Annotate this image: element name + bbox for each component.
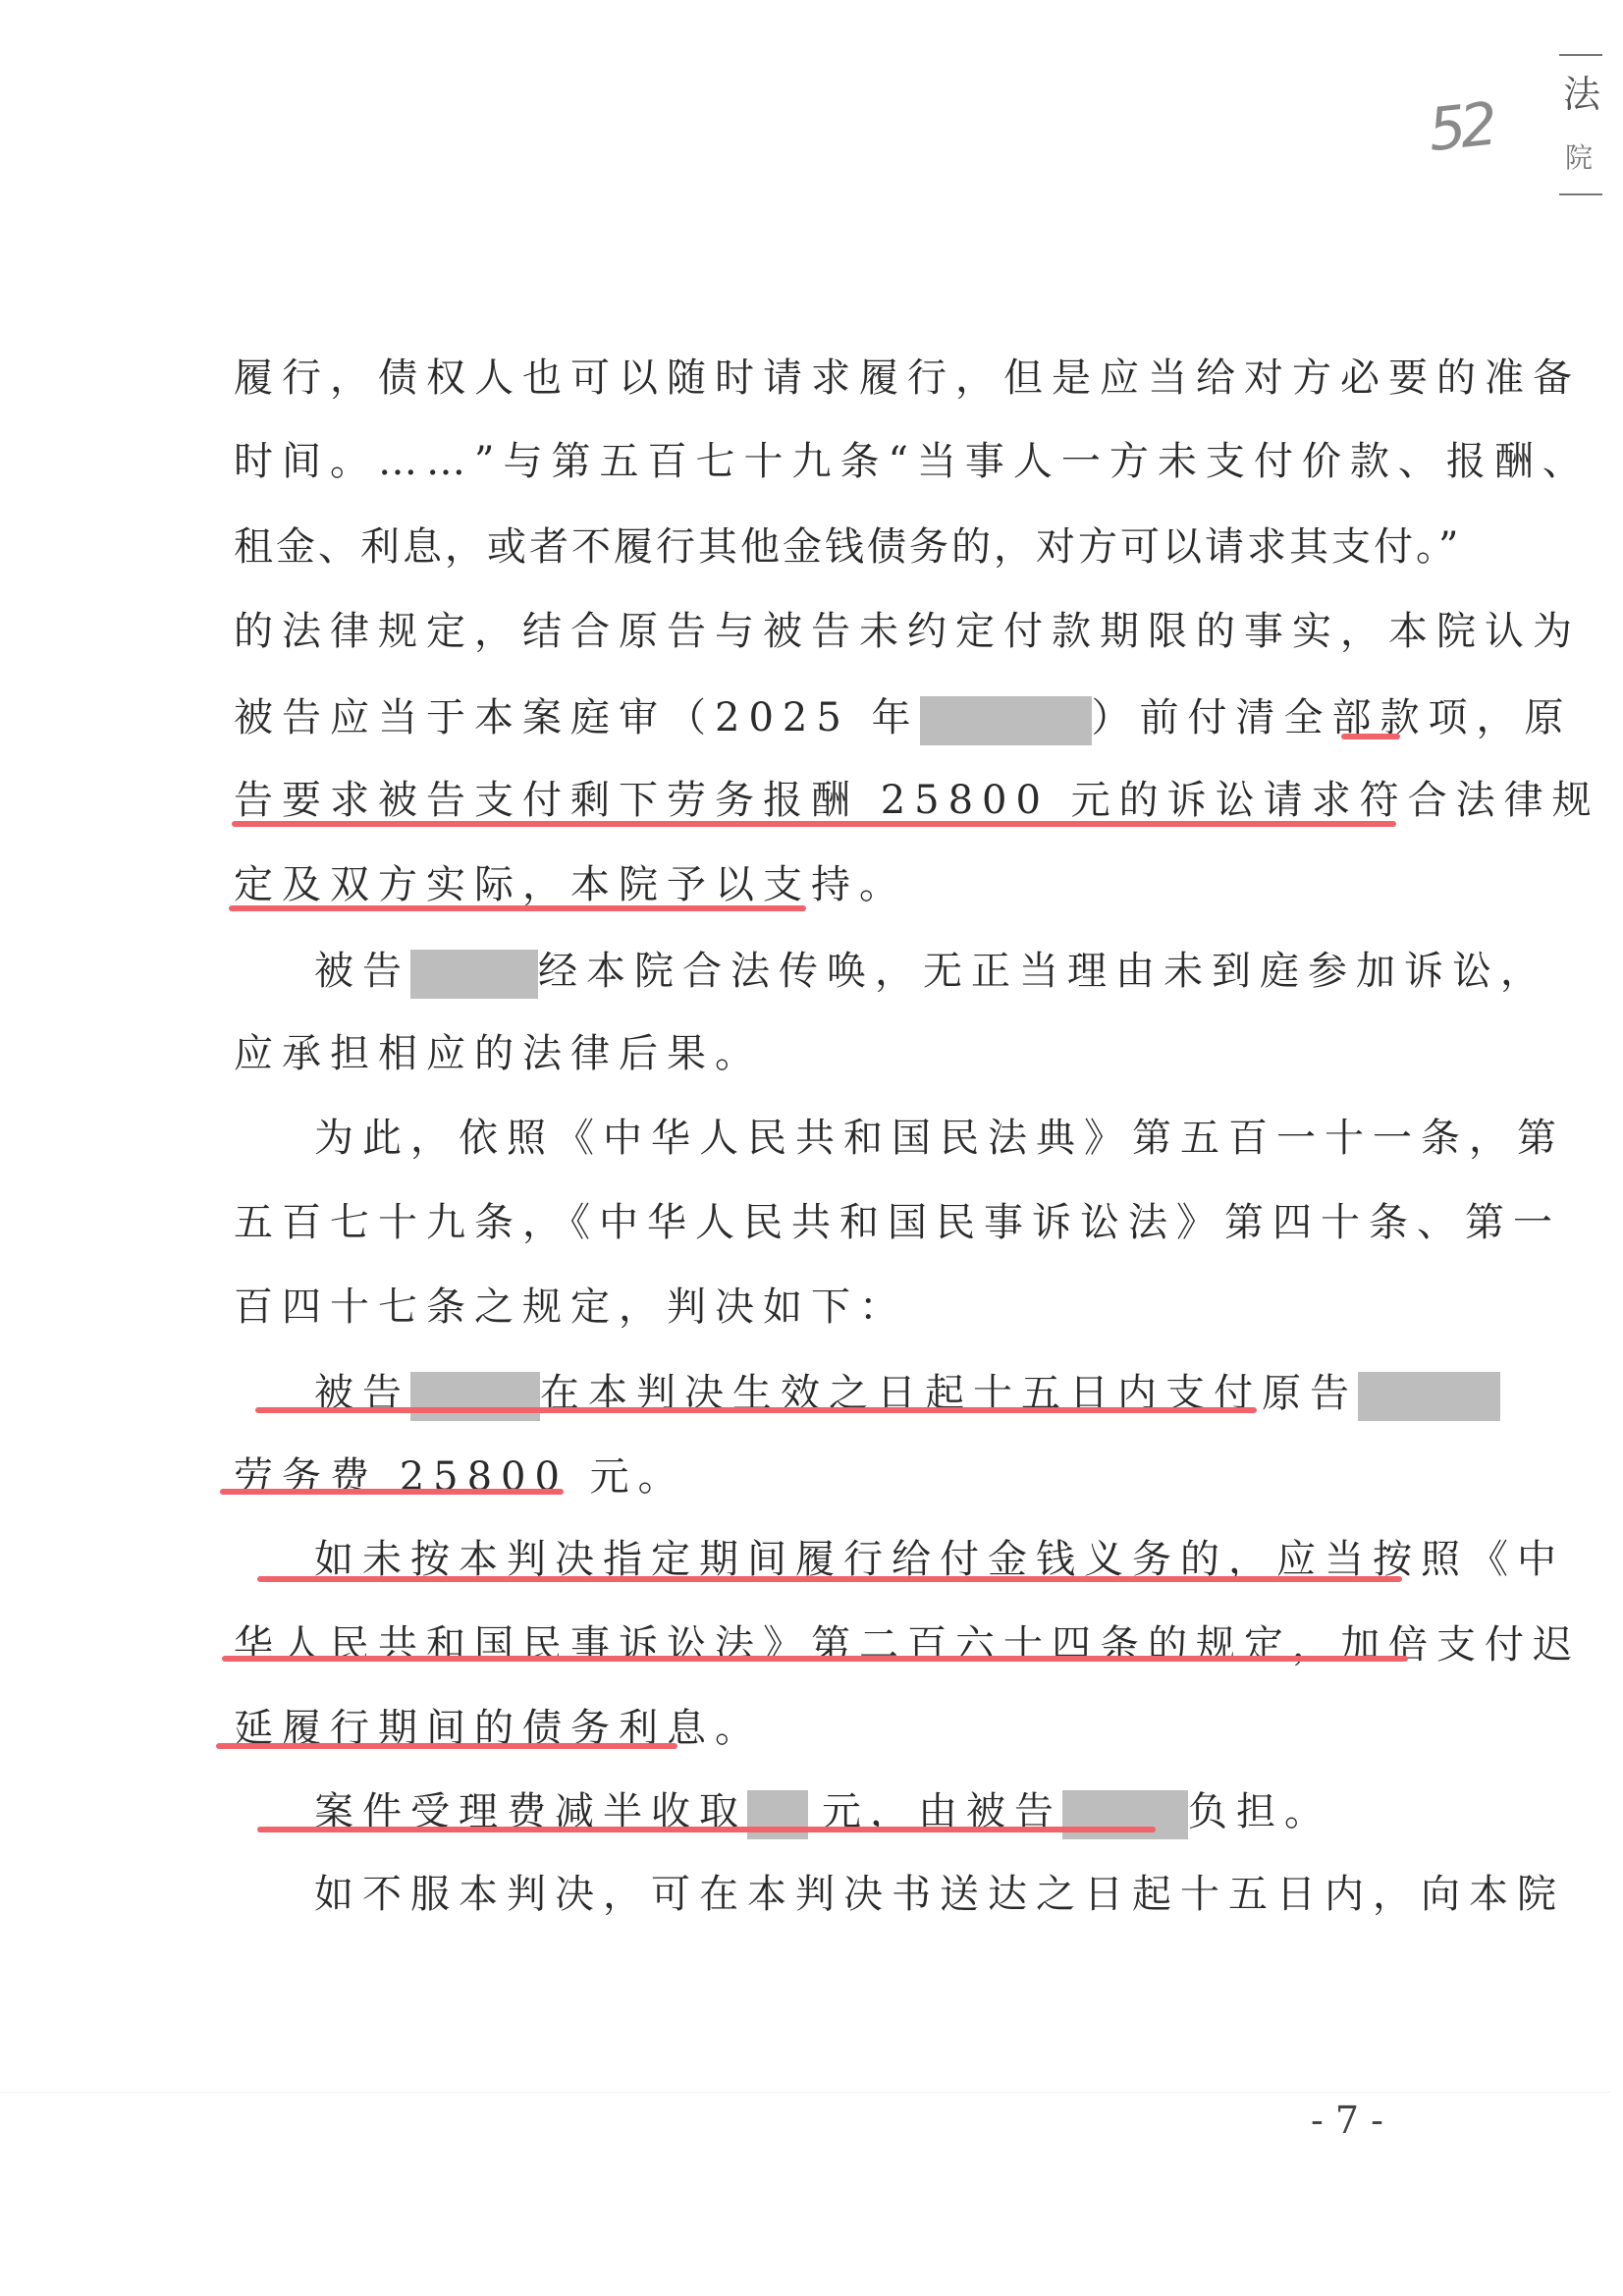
text-line: 定及双方实际，本院予以支持。	[234, 865, 907, 904]
redacted-plaintiff	[1358, 1372, 1500, 1421]
text-line: 如未按本判决指定期间履行给付金钱义务的，应当按照《中	[314, 1540, 1565, 1579]
page-number: - 7 -	[1311, 2099, 1383, 2142]
text-segment: 负担。	[1188, 1789, 1332, 1834]
text-line: 如不服本判决，可在本判决书送达之日起十五日内，向本院	[314, 1875, 1565, 1914]
text-line: 的法律规定，结合原告与被告未约定付款期限的事实，本院认为	[234, 612, 1581, 651]
text-segment: ）前付清全部款项，原	[1092, 695, 1573, 740]
highlight-underline	[255, 1407, 1257, 1413]
text-line: 租金、利息，或者不履行其他金钱债务的，对方可以请求其支付。”	[234, 527, 1461, 567]
text-line: 时间。……”与第五百七十九条“当事人一方未支付价款、报酬、	[234, 442, 1591, 481]
text-line: 告要求被告支付剩下劳务报酬 25800 元的诉讼请求符合法律规	[234, 781, 1600, 820]
text-line: 为此，依照《中华人民共和国民法典》第五百一十一条，第	[314, 1119, 1565, 1158]
text-line: 被告经本院合法传唤，无正当理由未到庭参加诉讼，	[314, 950, 1548, 999]
document-page: 法 院 52 履行，债权人也可以随时请求履行，但是应当给对方必要的准备 时间。……	[0, 0, 1623, 2296]
seal-char-bottom: 院	[1565, 137, 1593, 176]
footer-divider	[0, 2092, 1610, 2093]
redacted-defendant	[410, 1372, 540, 1421]
highlight-underline	[220, 1489, 564, 1495]
handwritten-mark: 52	[1426, 90, 1495, 165]
seal-char-top: 法	[1563, 64, 1600, 118]
text-line: 百四十七条之规定，判决如下：	[234, 1287, 907, 1327]
highlight-underline	[229, 905, 806, 911]
text-line: 延履行期间的债务利息。	[234, 1709, 763, 1748]
text-line: 应承担相应的法律后果。	[234, 1034, 763, 1073]
redacted-date	[920, 696, 1092, 745]
highlight-underline	[232, 821, 1396, 827]
highlight-underline	[257, 1827, 1156, 1832]
text-segment: 被告应当于本案庭审（2025 年	[234, 695, 920, 740]
highlight-underline	[222, 1656, 1408, 1662]
text-line: 履行，债权人也可以随时请求履行，但是应当给对方必要的准备	[234, 358, 1581, 398]
highlight-underline	[257, 1576, 1402, 1582]
highlight-underline	[1341, 734, 1400, 739]
court-seal-margin: 法 院	[1559, 54, 1602, 195]
text-segment: 被告	[314, 949, 410, 994]
text-line: 五百七十九条，《中华人民共和国民事诉讼法》第四十条、第一	[234, 1203, 1561, 1242]
text-segment: 经本院合法传唤，无正当理由未到庭参加诉讼，	[538, 949, 1548, 994]
text-line: 被告在本判决生效之日起十五日内支付原告	[314, 1372, 1500, 1421]
redacted-defendant	[410, 950, 538, 999]
highlight-underline	[216, 1743, 677, 1749]
